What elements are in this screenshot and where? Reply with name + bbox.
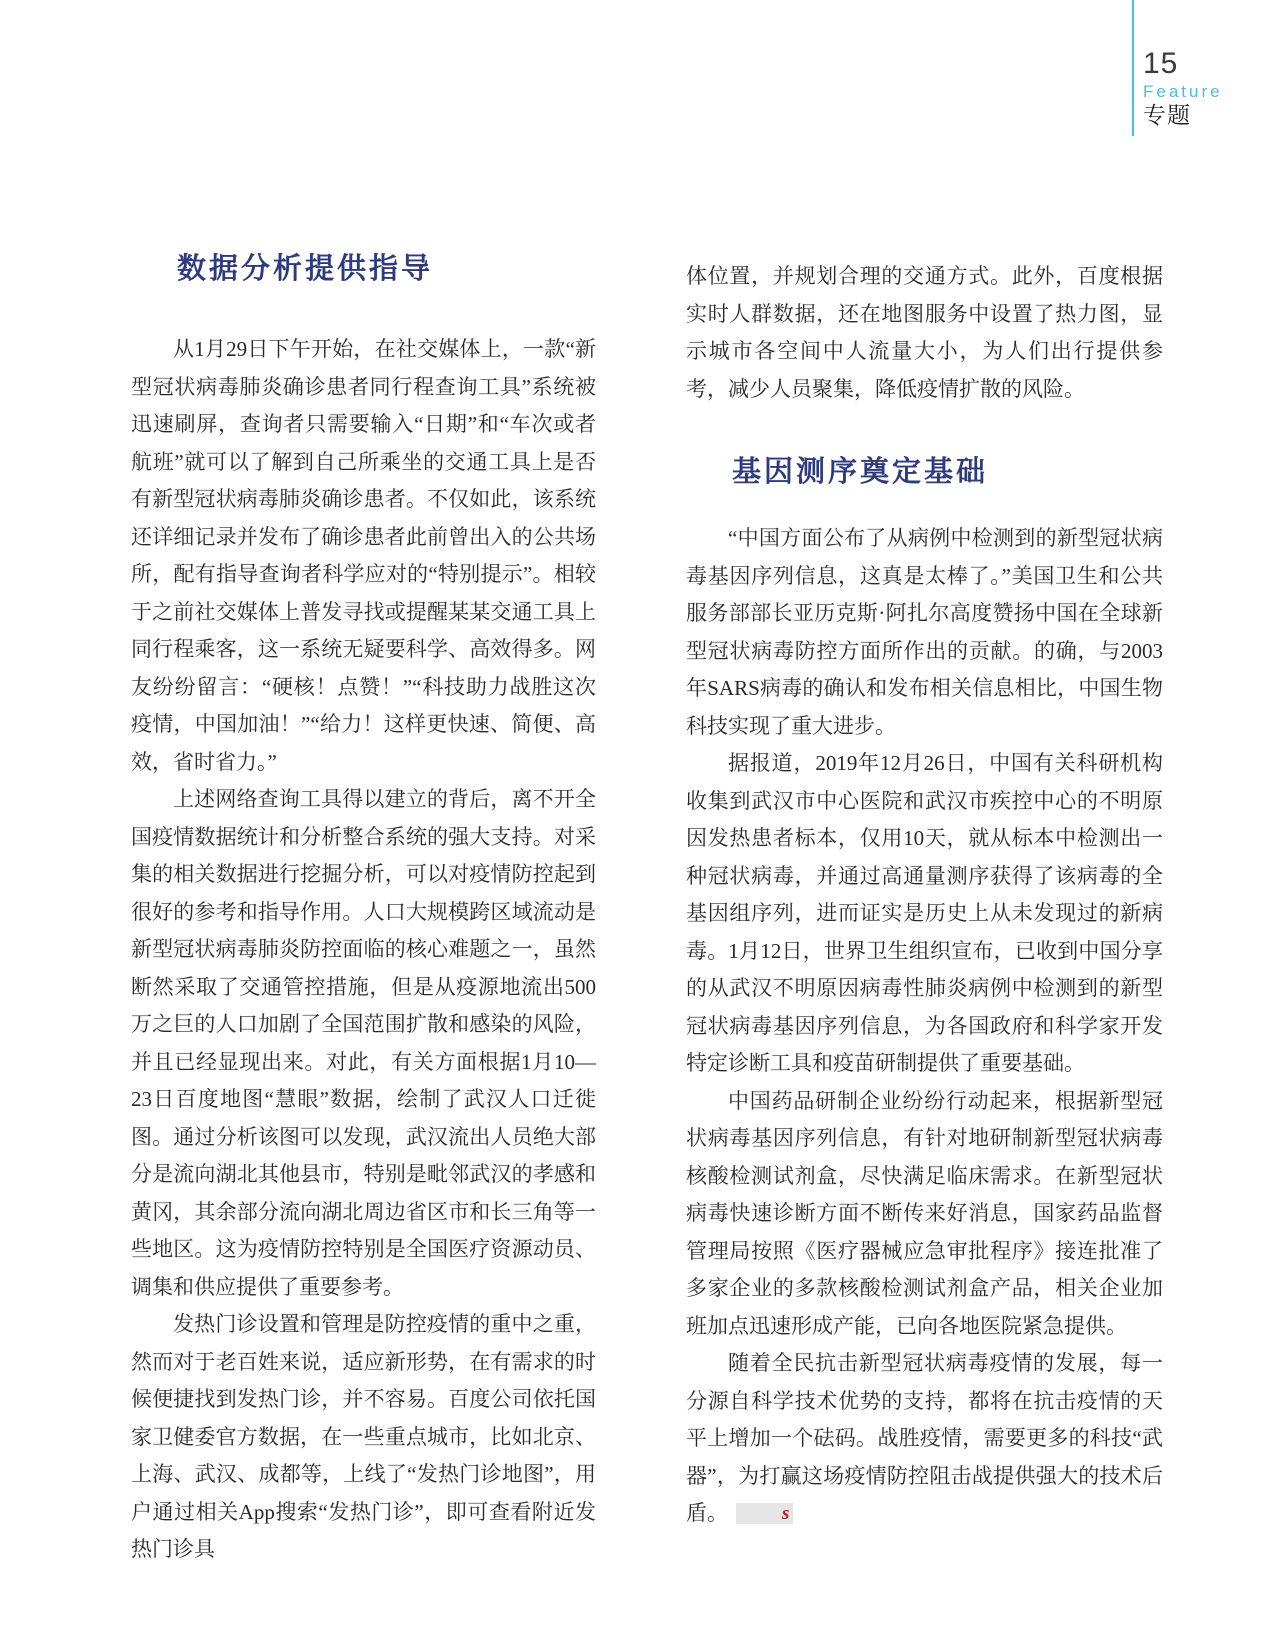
article-end-mark: s bbox=[736, 1503, 793, 1524]
paragraph: 随着全民抗击新型冠状病毒疫情的发展，每一分源自科学技术优势的支持，都将在抗击疫情… bbox=[686, 1345, 1163, 1533]
page-number: 15 bbox=[1143, 48, 1223, 80]
accent-rule bbox=[1132, 0, 1134, 136]
magazine-page: 15 Feature 专题 数据分析提供指导 从1月29日下午开始，在社交媒体上… bbox=[0, 0, 1270, 1642]
paragraph: 发热门诊设置和管理是防控疫情的重中之重，然而对于老百姓来说，适应新形势，在有需求… bbox=[131, 1306, 596, 1569]
paragraph: 体位置，并规划合理的交通方式。此外，百度根据实时人群数据，还在地图服务中设置了热… bbox=[686, 258, 1163, 408]
section-heading-data-analysis: 数据分析提供指导 bbox=[131, 252, 596, 286]
section-heading-gene-sequencing: 基因测序奠定基础 bbox=[686, 455, 1163, 489]
paragraph: 中国药品研制企业纷纷行动起来，根据新型冠状病毒基因序列信息，有针对地研制新型冠状… bbox=[686, 1083, 1163, 1346]
paragraph: 据报道，2019年12月26日，中国有关科研机构收集到武汉市中心医院和武汉市疾控… bbox=[686, 745, 1163, 1083]
paragraph: 从1月29日下午开始，在社交媒体上，一款“新型冠状病毒肺炎确诊患者同行程查询工具… bbox=[131, 331, 596, 781]
paragraph: “中国方面公布了从病例中检测到的新型冠状病毒基因序列信息，这真是太棒了。”美国卫… bbox=[686, 520, 1163, 745]
left-column: 数据分析提供指导 从1月29日下午开始，在社交媒体上，一款“新型冠状病毒肺炎确诊… bbox=[131, 252, 596, 1569]
paragraph: 上述网络查询工具得以建立的背后，离不开全国疫情数据统计和分析整合系统的强大支持。… bbox=[131, 781, 596, 1306]
right-column: 体位置，并规划合理的交通方式。此外，百度根据实时人群数据，还在地图服务中设置了热… bbox=[686, 258, 1163, 1533]
paragraph-text: 随着全民抗击新型冠状病毒疫情的发展，每一分源自科学技术优势的支持，都将在抗击疫情… bbox=[686, 1351, 1163, 1525]
folio-block: 15 Feature 专题 bbox=[1143, 48, 1223, 127]
section-label-zh: 专题 bbox=[1143, 103, 1223, 127]
section-label-en: Feature bbox=[1143, 83, 1223, 101]
